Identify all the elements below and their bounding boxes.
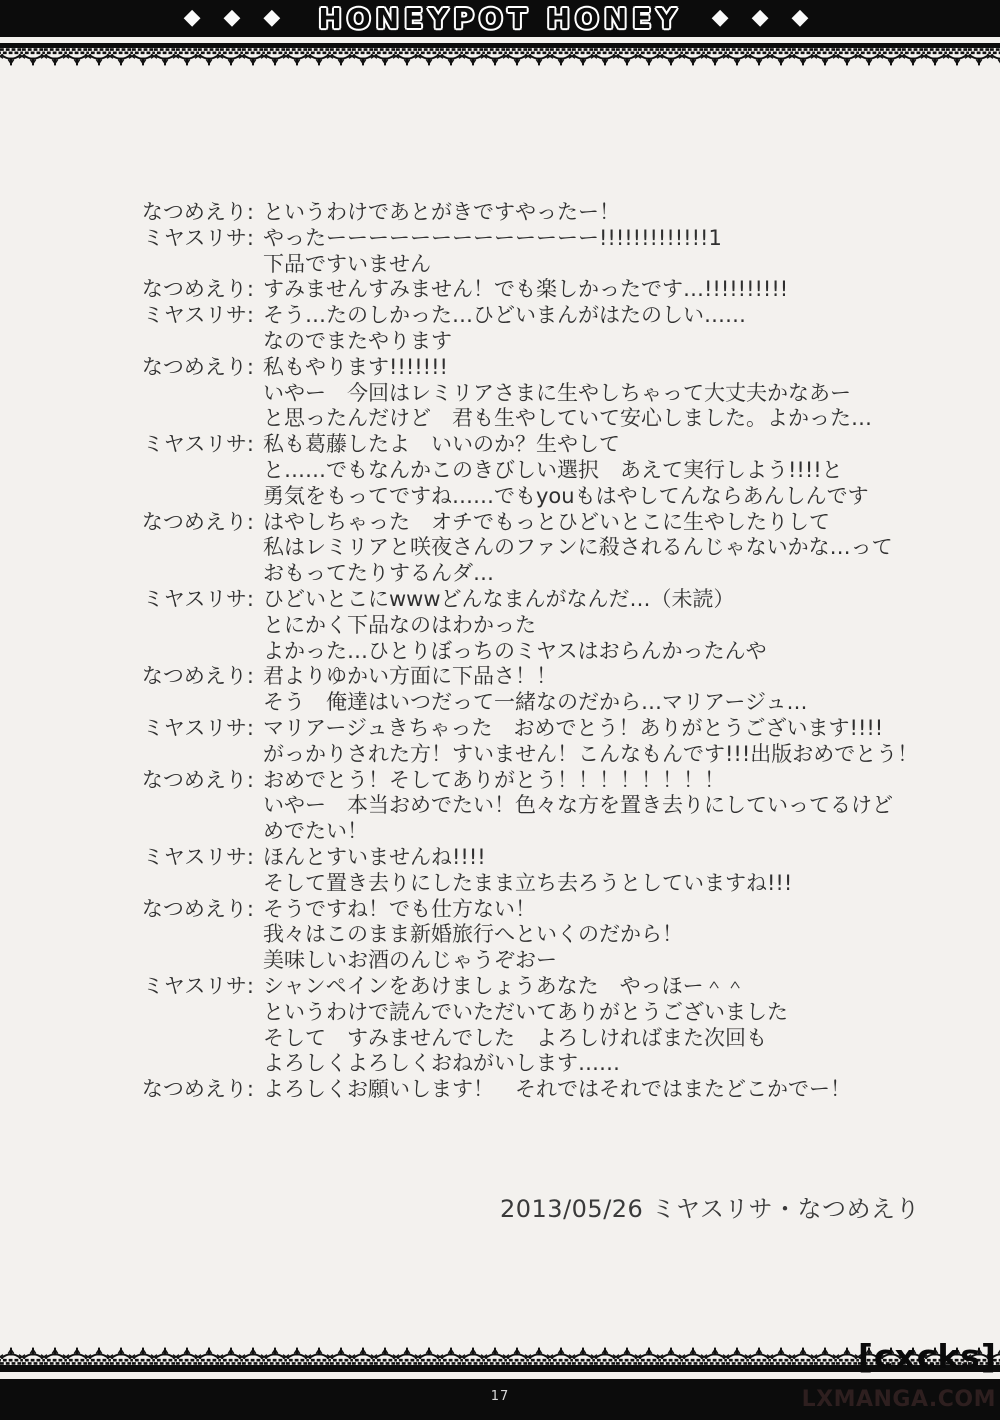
- dialogue-lines: はやしちゃった オチでもっとひどいとこに生やしたりして私はレミリアと咲夜さんのフ…: [254, 510, 948, 587]
- dialogue-entry: なつめえり: というわけであとがきですやったー！: [128, 200, 948, 226]
- dialogue-entry: ミヤスリサ: シャンペインをあけましょうあなた やっほー＾＾というわけで読んでい…: [128, 974, 948, 1077]
- manga-afterword-page: ◆ ◆ ◆ HONEYPOT HONEY ◆ ◆ ◆ なつめえり: というわけで…: [0, 0, 1000, 1420]
- speaker-label: ミヤスリサ:: [128, 587, 254, 613]
- dialogue-line: めでたい！: [263, 819, 948, 845]
- dialogue-line: そうですね！でも仕方ない！: [263, 897, 948, 923]
- dialogue-line: 私はレミリアと咲夜さんのファンに殺されるんじゃないかな…って: [263, 535, 948, 561]
- scanlation-tag: [cxcks]: [858, 1337, 997, 1376]
- dialogue-line: 我々はこのまま新婚旅行へといくのだから！: [263, 922, 948, 948]
- speaker-label: ミヤスリサ:: [128, 716, 254, 742]
- dialogue-lines: おめでとう！そしてありがとう！！！！！！！！いやー 本当おめでたい！色々な方を置…: [254, 768, 948, 845]
- dialogue-line: そう 俺達はいつだって一緒なのだから…マリアージュ…: [263, 690, 948, 716]
- dialogue-lines: やったーーーーーーーーーーーーー!!!!!!!!!!!!!1下品ですいません: [254, 226, 948, 278]
- dialogue-line: というわけであとがきですやったー！: [263, 200, 948, 226]
- speaker-label: ミヤスリサ:: [128, 845, 254, 871]
- dialogue-entry: なつめえり: はやしちゃった オチでもっとひどいとこに生やしたりして私はレミリア…: [128, 510, 948, 587]
- divider-strip-bottom: [0, 1365, 1000, 1372]
- speaker-label: なつめえり:: [128, 355, 254, 381]
- speaker-label: なつめえり:: [128, 200, 254, 226]
- dialogue-line: すみませんすみません！でも楽しかったです…!!!!!!!!!!: [263, 277, 948, 303]
- speaker-label: ミヤスリサ:: [128, 226, 254, 252]
- dialogue-line: よろしくお願いします！ それではそれではまたどこかでー！: [263, 1077, 948, 1103]
- dialogue-lines: シャンペインをあけましょうあなた やっほー＾＾というわけで読んでいただいてありが…: [254, 974, 948, 1077]
- speaker-label: なつめえり:: [128, 1077, 254, 1103]
- dialogue-lines: というわけであとがきですやったー！: [254, 200, 948, 226]
- dialogue: なつめえり: というわけであとがきですやったー！ ミヤスリサ: やったーーーーー…: [128, 200, 948, 1103]
- dialogue-line: そして すみませんでした よろしければまた次回も: [263, 1026, 948, 1052]
- dialogue-lines: 私も葛藤したよ いいのか？生やしてと……でもなんかこのきびしい選択 あえて実行し…: [254, 432, 948, 509]
- page-title: HONEYPOT HONEY: [318, 2, 681, 35]
- lace-border-bottom-icon: [0, 1347, 1000, 1365]
- dialogue-line: 下品ですいません: [263, 252, 948, 278]
- dialogue-line: 勇気をもってですね……でもyouもはやしてんならあんしんです: [263, 484, 948, 510]
- dialogue-entry: ミヤスリサ: マリアージュきちゃった おめでとう！ありがとうございます!!!!が…: [128, 716, 948, 768]
- dialogue-entry: ミヤスリサ: ほんとすいませんね!!!!そして置き去りにしたまま立ち去ろうとして…: [128, 845, 948, 897]
- dialogue-line: ほんとすいませんね!!!!: [263, 845, 948, 871]
- dialogue-line: よろしくよろしくおねがいします……: [263, 1051, 948, 1077]
- credit-line: 2013/05/26 ミヤスリサ・なつめえり: [500, 1189, 920, 1224]
- speaker-label: なつめえり:: [128, 897, 254, 923]
- dialogue-line: はやしちゃった オチでもっとひどいとこに生やしたりして: [263, 510, 948, 536]
- speaker-label: ミヤスリサ:: [128, 432, 254, 458]
- dialogue-entry: なつめえり: そうですね！でも仕方ない！我々はこのまま新婚旅行へといくのだから！…: [128, 897, 948, 974]
- dialogue-line: そして置き去りにしたまま立ち去ろうとしていますね!!!: [263, 871, 948, 897]
- header-bar: ◆ ◆ ◆ HONEYPOT HONEY ◆ ◆ ◆: [0, 0, 1000, 37]
- dialogue-lines: そう…たのしかった…ひどいまんがはたのしい……なのでまたやります: [254, 303, 948, 355]
- lace-border-top-icon: [0, 48, 1000, 66]
- dialogue-lines: 君よりゆかい方面に下品さ！！そう 俺達はいつだって一緒なのだから…マリアージュ…: [254, 664, 948, 716]
- speaker-label: なつめえり:: [128, 768, 254, 794]
- dialogue-line: いやー 本当おめでたい！色々な方を置き去りにしていってるけど: [263, 793, 948, 819]
- dialogue-lines: ほんとすいませんね!!!!そして置き去りにしたまま立ち去ろうとしていますね!!!: [254, 845, 948, 897]
- dialogue-line: 美味しいお酒のんじゃうぞおー: [263, 948, 948, 974]
- dialogue-line: 私も葛藤したよ いいのか？生やして: [263, 432, 948, 458]
- dialogue-entry: ミヤスリサ: 私も葛藤したよ いいのか？生やしてと……でもなんかこのきびしい選択…: [128, 432, 948, 509]
- speaker-label: なつめえり:: [128, 510, 254, 536]
- speaker-label: ミヤスリサ:: [128, 303, 254, 329]
- dialogue-line: なのでまたやります: [263, 329, 948, 355]
- dialogue-lines: ひどいとこにwwwどんなまんがなんだ…（未読）とにかく下品なのはわかったよかった…: [254, 587, 948, 664]
- dialogue-line: とにかく下品なのはわかった: [263, 613, 948, 639]
- dialogue-entry: なつめえり: おめでとう！そしてありがとう！！！！！！！！いやー 本当おめでたい…: [128, 768, 948, 845]
- dialogue-line: というわけで読んでいただいてありがとうございました: [263, 1000, 948, 1026]
- dialogue-lines: そうですね！でも仕方ない！我々はこのまま新婚旅行へといくのだから！美味しいお酒の…: [254, 897, 948, 974]
- diamond-icons-right: ◆ ◆ ◆: [712, 5, 817, 32]
- dialogue-line: いやー 今回はレミリアさまに生やしちゃって大丈夫かなあー: [263, 381, 948, 407]
- dialogue-line: シャンペインをあけましょうあなた やっほー＾＾: [263, 974, 948, 1000]
- dialogue-line: ひどいとこにwwwどんなまんがなんだ…（未読）: [263, 587, 948, 613]
- speaker-label: なつめえり:: [128, 277, 254, 303]
- dialogue-line: がっかりされた方！すいません！こんなもんです!!!出版おめでとう！: [263, 742, 948, 768]
- dialogue-entry: ミヤスリサ: やったーーーーーーーーーーーーー!!!!!!!!!!!!!1下品で…: [128, 226, 948, 278]
- dialogue-line: やったーーーーーーーーーーーーー!!!!!!!!!!!!!1: [263, 226, 948, 252]
- dialogue-line: 君よりゆかい方面に下品さ！！: [263, 664, 948, 690]
- dialogue-line: そう…たのしかった…ひどいまんがはたのしい……: [263, 303, 948, 329]
- dialogue-lines: よろしくお願いします！ それではそれではまたどこかでー！: [254, 1077, 948, 1103]
- dialogue-lines: 私もやります!!!!!!!いやー 今回はレミリアさまに生やしちゃって大丈夫かなあ…: [254, 355, 948, 432]
- dialogue-entry: なつめえり: 君よりゆかい方面に下品さ！！そう 俺達はいつだって一緒なのだから……: [128, 664, 948, 716]
- dialogue-line: マリアージュきちゃった おめでとう！ありがとうございます!!!!: [263, 716, 948, 742]
- dialogue-line: よかった…ひとりぼっちのミヤスはおらんかったんや: [263, 639, 948, 665]
- dialogue-line: と思ったんだけど 君も生やしていて安心しました。よかった…: [263, 406, 948, 432]
- dialogue-lines: すみませんすみません！でも楽しかったです…!!!!!!!!!!: [254, 277, 948, 303]
- dialogue-line: 私もやります!!!!!!!: [263, 355, 948, 381]
- speaker-label: ミヤスリサ:: [128, 974, 254, 1000]
- dialogue-entry: なつめえり: 私もやります!!!!!!!いやー 今回はレミリアさまに生やしちゃっ…: [128, 355, 948, 432]
- site-watermark: LXMANGA.COM: [802, 1387, 996, 1412]
- dialogue-entry: ミヤスリサ: そう…たのしかった…ひどいまんがはたのしい……なのでまたやります: [128, 303, 948, 355]
- dialogue-line: おめでとう！そしてありがとう！！！！！！！！: [263, 768, 948, 794]
- dialogue-entry: なつめえり: よろしくお願いします！ それではそれではまたどこかでー！: [128, 1077, 948, 1103]
- dialogue-entry: ミヤスリサ: ひどいとこにwwwどんなまんがなんだ…（未読）とにかく下品なのはわ…: [128, 587, 948, 664]
- dialogue-line: と……でもなんかこのきびしい選択 あえて実行しよう!!!!と: [263, 458, 948, 484]
- dialogue-entry: なつめえり: すみませんすみません！でも楽しかったです…!!!!!!!!!!: [128, 277, 948, 303]
- speaker-label: なつめえり:: [128, 664, 254, 690]
- dialogue-lines: マリアージュきちゃった おめでとう！ありがとうございます!!!!がっかりされた方…: [254, 716, 948, 768]
- diamond-icons-left: ◆ ◆ ◆: [184, 5, 289, 32]
- dialogue-line: おもってたりするんダ…: [263, 561, 948, 587]
